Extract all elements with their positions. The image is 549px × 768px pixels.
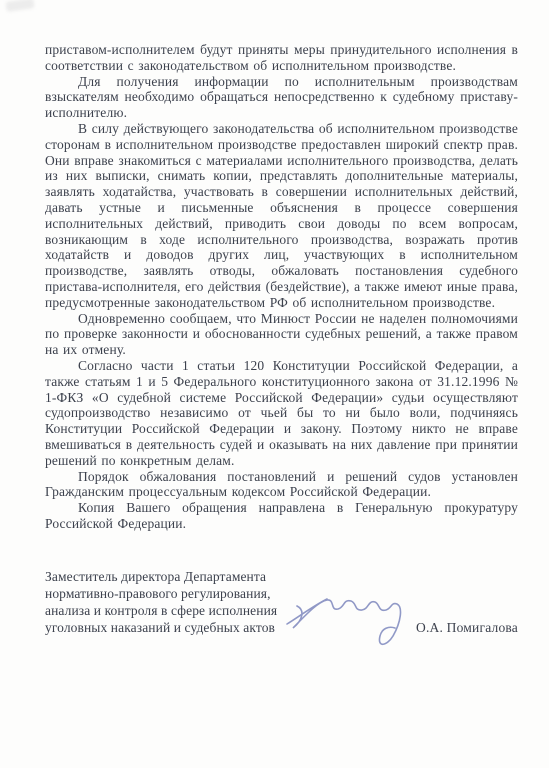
paragraph: Порядок обжалования постановлений и реше…: [45, 469, 518, 501]
paragraph: В силу действующего законодательства об …: [45, 121, 518, 311]
signoff-title-line: нормативно-правового регулирования,: [45, 585, 307, 602]
document-page: приставом-исполнителем будут приняты мер…: [0, 0, 549, 768]
paragraph: Для получения информации по исполнительн…: [45, 74, 518, 121]
paragraph: Одновременно сообщаем, что Минюст России…: [45, 311, 518, 358]
signoff-title-line: Заместитель директора Департамента: [45, 568, 307, 585]
signoff-title-line: уголовных наказаний и судебных актов: [45, 619, 307, 636]
signoff-name: О.А. Помигалова: [416, 620, 518, 636]
signoff-title: Заместитель директора Департамента норма…: [45, 568, 307, 637]
signature-block: Заместитель директора Департамента норма…: [45, 568, 518, 637]
paragraph: Согласно части 1 статьи 120 Конституции …: [45, 358, 518, 469]
signoff-title-line: анализа и контроля в сфере исполнения: [45, 602, 307, 619]
paragraph: приставом-исполнителем будут приняты мер…: [45, 42, 518, 74]
scan-smudge-artifact: [5, 0, 34, 12]
paragraph: Копия Вашего обращения направлена в Гене…: [45, 500, 518, 532]
letter-body: приставом-исполнителем будут приняты мер…: [45, 42, 518, 532]
